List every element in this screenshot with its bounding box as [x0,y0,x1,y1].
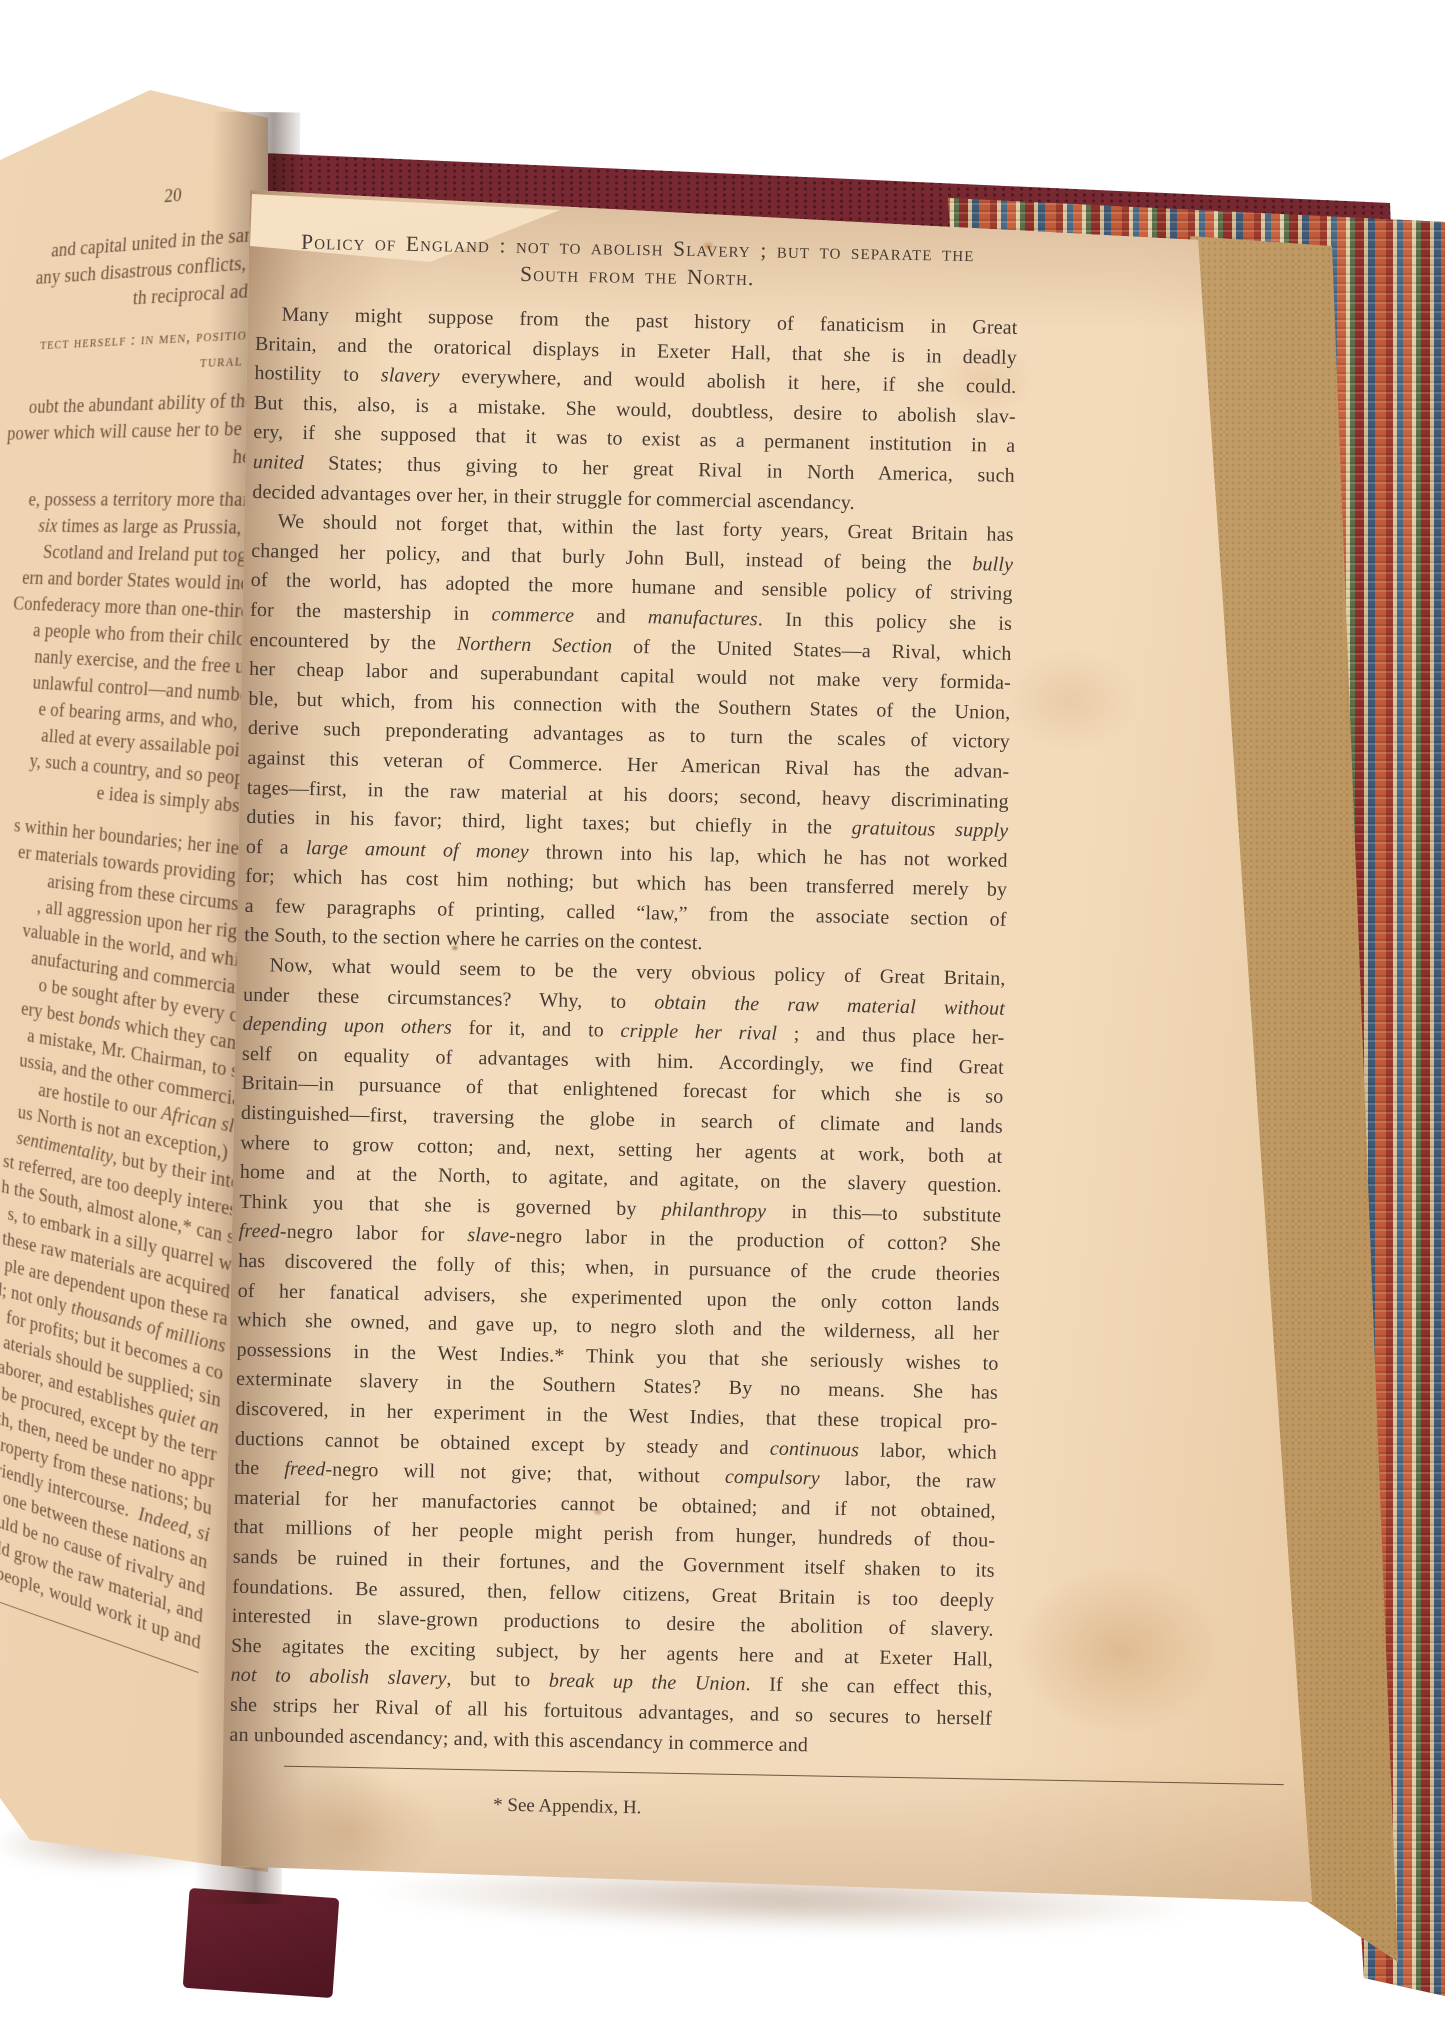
book-photo: 20and capital united in the same handsan… [0,0,1445,2023]
chapter-heading: Policy of England : not to abolish Slave… [256,227,1019,297]
book-cover-bottom-corner [183,1888,340,1998]
right-page-text: 21 Policy of England : not to abolish Sl… [228,182,1020,1826]
body-text: Many might suppose from the past history… [229,300,1017,1764]
